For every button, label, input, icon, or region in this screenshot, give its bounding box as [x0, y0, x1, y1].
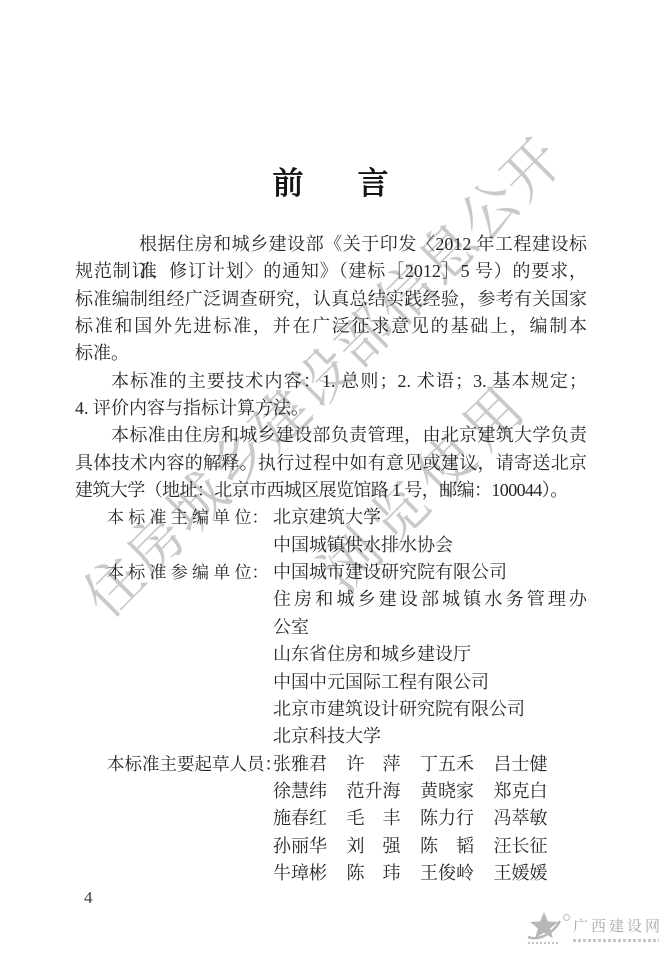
participant-editor-row: 公室: [75, 614, 587, 641]
drafters-row: 牛璋彬 陈 玮 王俊岭 王媛媛: [75, 860, 587, 887]
logo-body: 广西建设网: [573, 908, 661, 942]
chief-editor-label: 本 标 准 主 编 单 位：: [107, 504, 279, 531]
participant-editor-row: 中国中元国际工程有限公司: [75, 669, 587, 696]
drafter-name: 吕士健: [494, 751, 548, 778]
drafter-name: 王媛媛: [494, 860, 548, 887]
participant-editor-row: 北京市建筑设计研究院有限公司: [75, 696, 587, 723]
drafter-name: 丁五禾: [420, 751, 474, 778]
drafters-row: 施春红 毛 丰 陈力行 冯萃敏: [75, 805, 587, 832]
drafter-name: 施春红: [273, 805, 327, 832]
drafter-name: 孙丽华: [273, 833, 327, 860]
participant-editor-row: 山东省住房和城乡建设厅: [75, 641, 587, 668]
paragraph-line: 标准编制组经广泛调查研究，认真总结实践经验，参考有关国家: [75, 286, 587, 313]
title-char-1: 前: [273, 158, 304, 203]
chief-editor-row: 中国城镇供水排水协会: [75, 532, 587, 559]
participant-editor-row: 本 标 准 参 编 单 位： 中国城市建设研究院有限公司: [75, 559, 587, 586]
chief-editor-row: 本 标 准 主 编 单 位： 北京建筑大学: [75, 504, 587, 531]
document-page: 住房城乡建设部信息公开 浏览使用 前 言 根据住房和城乡建设部《关于印发〈201…: [0, 0, 661, 958]
body-text: 根据住房和城乡建设部《关于印发〈2012 年工程建设标准 规范制订、修订计划〉的…: [75, 231, 587, 887]
paragraph-line: 4. 评价内容与指标计算方法。: [75, 395, 587, 422]
participant-editor-item: 住房和城乡建设部城镇水务管理办: [273, 586, 587, 613]
paragraph-line: 本标准由住房和城乡建设部负责管理，由北京建筑大学负责: [75, 422, 587, 449]
participant-editor-item: 山东省住房和城乡建设厅: [273, 644, 471, 664]
paragraph-line: 本标准的主要技术内容：1. 总则；2. 术语；3. 基本规定；: [75, 368, 587, 395]
star-swoosh-icon: [526, 908, 562, 946]
drafter-name: 陈 玮: [347, 860, 401, 887]
logo-dot-icon: [563, 914, 570, 921]
drafter-name: 牛璋彬: [273, 860, 327, 887]
participant-editor-label: 本 标 准 参 编 单 位：: [107, 559, 279, 586]
drafter-name: 汪长征: [494, 833, 548, 860]
participant-editor-item: 北京市建筑设计研究院有限公司: [273, 699, 525, 719]
paragraph-line: 标准。: [75, 340, 587, 367]
drafter-name: 黄晓家: [420, 778, 474, 805]
drafter-name: 徐慧纬: [273, 778, 327, 805]
drafters-row: 徐慧纬 范升海 黄晓家 郑克白: [75, 778, 587, 805]
paragraph-line: 根据住房和城乡建设部《关于印发〈2012 年工程建设标准: [75, 231, 587, 258]
paragraph-line: 具体技术内容的解释。执行过程中如有意见或建议，请寄送北京: [75, 450, 587, 477]
drafter-name: 冯萃敏: [494, 805, 548, 832]
site-logo: 广西建设网: [526, 908, 654, 954]
drafters-label: 本标准主要起草人员：: [107, 751, 279, 778]
drafter-name: 陈 韬: [420, 833, 474, 860]
drafters-row: 孙丽华 刘 强 陈 韬 汪长征: [75, 833, 587, 860]
participant-editor-item: 北京科技大学: [273, 726, 381, 746]
drafter-name: 王俊岭: [420, 860, 474, 887]
participant-editor-row: 北京科技大学: [75, 723, 587, 750]
chief-editor-item: 北京建筑大学: [273, 507, 381, 527]
participant-editor-item: 中国城市建设研究院有限公司: [273, 562, 507, 582]
participant-editor-item: 中国中元国际工程有限公司: [273, 672, 489, 692]
participant-editor-item: 公室: [273, 617, 309, 637]
logo-tagline: [573, 939, 659, 942]
page-number: 4: [84, 888, 93, 908]
logo-microtext: [528, 942, 558, 944]
page-title: 前 言: [0, 158, 661, 203]
participant-editor-row: 住房和城乡建设部城镇水务管理办: [75, 586, 587, 613]
drafter-name: 许 萍: [347, 751, 401, 778]
drafter-name: 郑克白: [494, 778, 548, 805]
drafter-name: 陈力行: [420, 805, 474, 832]
drafter-name: 毛 丰: [347, 805, 401, 832]
drafter-name: 刘 强: [347, 833, 401, 860]
logo-text: 广西建设网: [573, 915, 661, 936]
paragraph-line: 标准和国外先进标准，并在广泛征求意见的基础上，编制本: [75, 313, 587, 340]
paragraph-line: 规范制订、修订计划〉的通知》（建标［2012］5 号）的要求，: [75, 258, 587, 285]
title-char-2: 言: [358, 158, 389, 203]
chief-editor-item: 中国城镇供水排水协会: [273, 535, 453, 555]
drafters-row: 本标准主要起草人员： 张雅君 许 萍 丁五禾 吕士健: [75, 751, 587, 778]
drafter-name: 范升海: [347, 778, 401, 805]
paragraph-line: 建筑大学（地址：北京市西城区展览馆路 1 号，邮编：100044）。: [75, 477, 587, 504]
